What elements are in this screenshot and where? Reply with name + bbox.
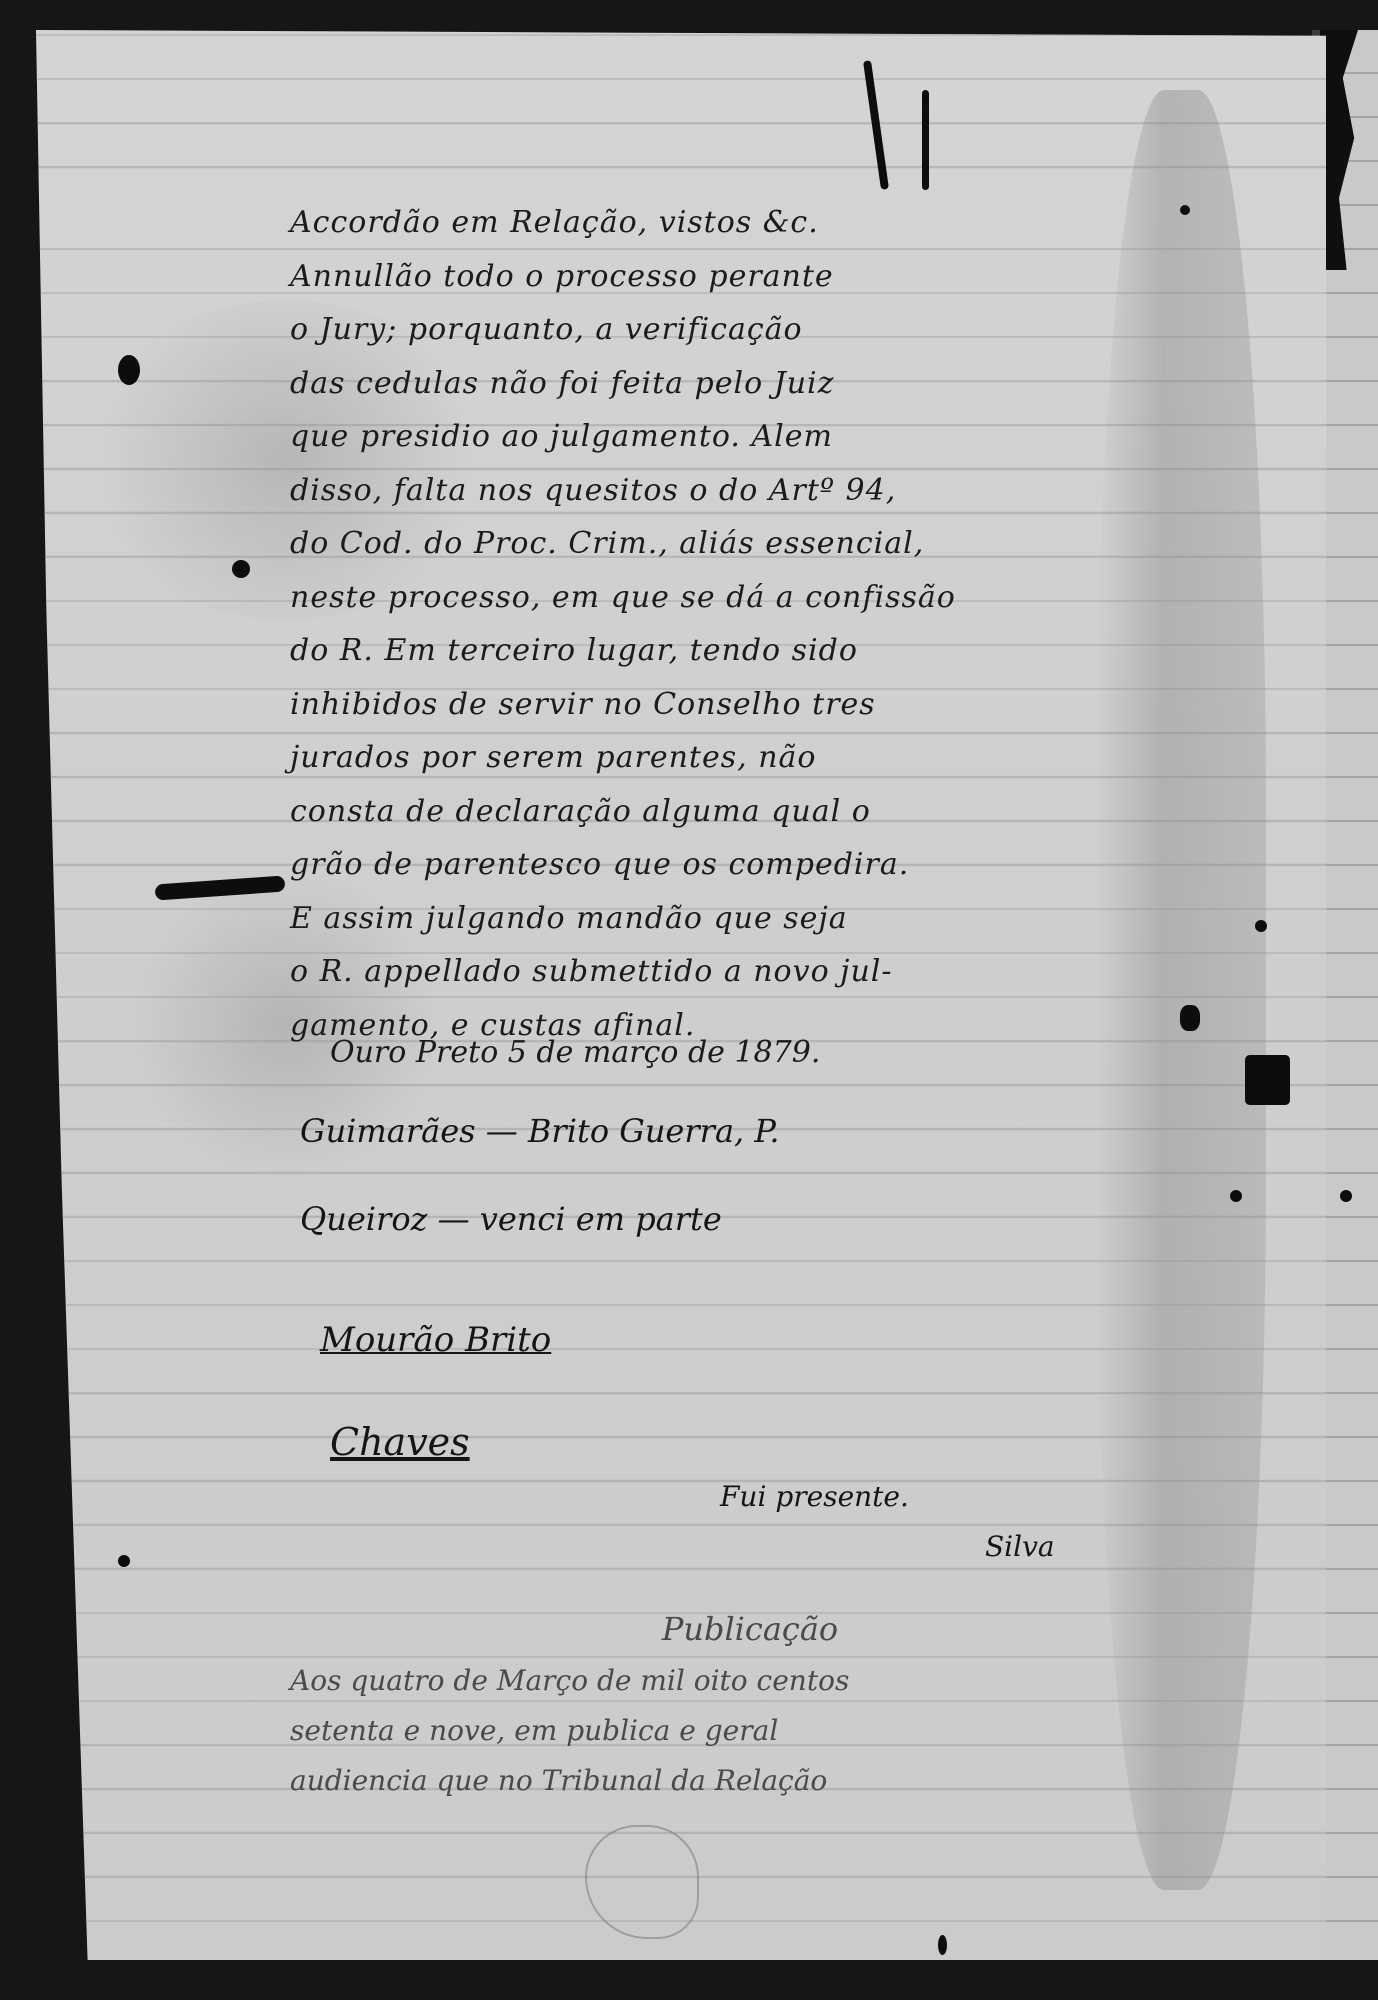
body-line: do R. Em terceiro lugar, tendo sido	[290, 624, 1190, 678]
signature-chaves: Chaves	[330, 1420, 470, 1464]
ink-blot	[232, 560, 250, 578]
body-line: disso, falta nos quesitos o do Artº 94,	[290, 464, 1190, 518]
signature-silva: Silva	[985, 1530, 1055, 1563]
publication-title: Publicação	[410, 1610, 1090, 1648]
body-line: Accordão em Relação, vistos &c.	[290, 196, 1190, 250]
publication-section: Publicação Aos quatro de Março de mil oi…	[290, 1610, 1090, 1806]
body-line: do Cod. do Proc. Crim., aliás essencial,	[290, 517, 1190, 571]
body-line: jurados por serem parentes, não	[290, 731, 1190, 785]
ink-dot	[1255, 920, 1267, 932]
ink-dot	[118, 1555, 130, 1567]
signature-partial-vote: Queiroz — venci em parte	[300, 1200, 722, 1238]
signature-mourao-brito: Mourão Brito	[320, 1320, 551, 1360]
publication-line: setenta e nove, em publica e geral	[290, 1706, 1090, 1756]
attendance-note: Fui presente.	[720, 1480, 909, 1513]
document-body: Accordão em Relação, vistos &c. Annullão…	[290, 196, 1190, 1052]
date-line: Ouro Preto 5 de março de 1879.	[330, 1035, 820, 1070]
body-line: inhibidos de servir no Conselho tres	[290, 678, 1190, 732]
body-line: grão de parentesco que os compedira.	[290, 838, 1190, 892]
publication-line: audiencia que no Tribunal da Relação	[290, 1756, 1090, 1806]
ink-dot	[1230, 1190, 1242, 1202]
ink-dot	[1340, 1190, 1352, 1202]
ink-stroke-mark	[922, 90, 929, 190]
page-hole	[1245, 1055, 1290, 1105]
ink-dot	[938, 1935, 947, 1955]
adjacent-page-edge	[1320, 30, 1378, 1960]
signature-judges: Guimarães — Brito Guerra, P.	[300, 1112, 780, 1150]
body-line: E assim julgando mandão que seja	[290, 892, 1190, 946]
body-line: das cedulas não foi feita pelo Juiz	[290, 357, 1190, 411]
body-line: o Jury; porquanto, a verificação	[290, 303, 1190, 357]
body-line: neste processo, em que se dá a confissão	[290, 571, 1190, 625]
body-line: o R. appellado submettido a novo jul-	[290, 945, 1190, 999]
body-line: que presidio ao julgamento. Alem	[290, 410, 1190, 464]
body-line: Annullão todo o processo perante	[290, 250, 1190, 304]
ink-blot	[118, 355, 140, 385]
body-line: consta de declaração alguma qual o	[290, 785, 1190, 839]
publication-line: Aos quatro de Março de mil oito centos	[290, 1656, 1090, 1706]
